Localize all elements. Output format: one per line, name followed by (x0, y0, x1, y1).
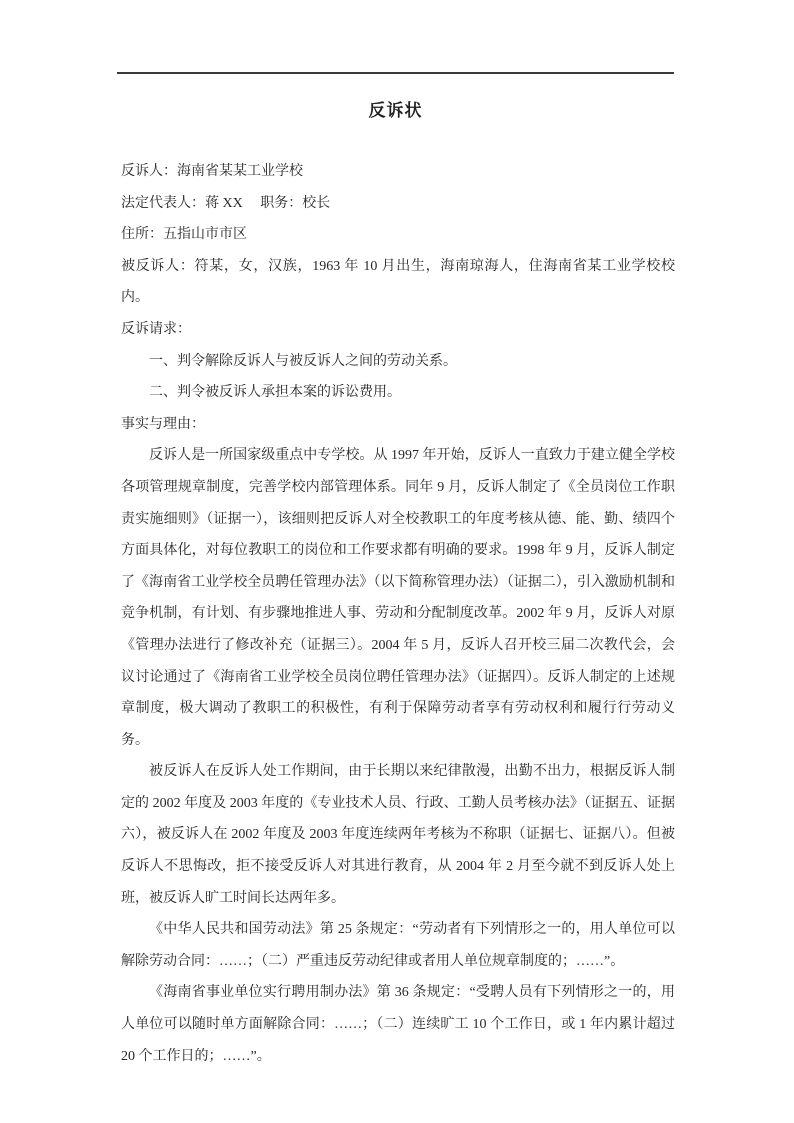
document-page: 反诉状 反诉人：海南省某某工业学校 法定代表人：蒋 XX 职务：校长 住所：五指… (0, 0, 794, 1123)
claim-item-1: 一、判令解除反诉人与被反诉人之间的劳动关系。 (121, 346, 675, 378)
facts-heading: 事实与理由： (121, 409, 675, 441)
party-line-respondent: 被反诉人：符某，女，汉族，1963 年 10 月出生，海南琼海人，住海南省某工业… (121, 251, 675, 314)
fact-paragraph-1: 反诉人是一所国家级重点中专学校。从 1997 年开始，反诉人一直致力于建立健全学… (121, 440, 675, 756)
party-line-legal-representative: 法定代表人：蒋 XX 职务：校长 (121, 188, 675, 220)
claims-heading: 反诉请求： (121, 314, 675, 346)
fact-paragraph-2: 被反诉人在反诉人处工作期间，由于长期以来纪律散漫，出勤不出力，根据反诉人制定的 … (121, 756, 675, 914)
fact-paragraph-3: 《中华人民共和国劳动法》第 25 条规定：“劳动者有下列情形之一的，用人单位可以… (121, 914, 675, 977)
document-title: 反诉状 (117, 96, 674, 121)
party-line-counterclaimant: 反诉人：海南省某某工业学校 (121, 156, 675, 188)
fact-paragraph-4: 《海南省事业单位实行聘用制办法》第 36 条规定：“受聘人员有下列情形之一的，用… (121, 977, 675, 1072)
claim-item-2: 二、判令被反诉人承担本案的诉讼费用。 (121, 377, 675, 409)
document-body: 反诉人：海南省某某工业学校 法定代表人：蒋 XX 职务：校长 住所：五指山市市区… (121, 156, 675, 1072)
header-rule (117, 72, 674, 74)
party-line-address: 住所：五指山市市区 (121, 219, 675, 251)
